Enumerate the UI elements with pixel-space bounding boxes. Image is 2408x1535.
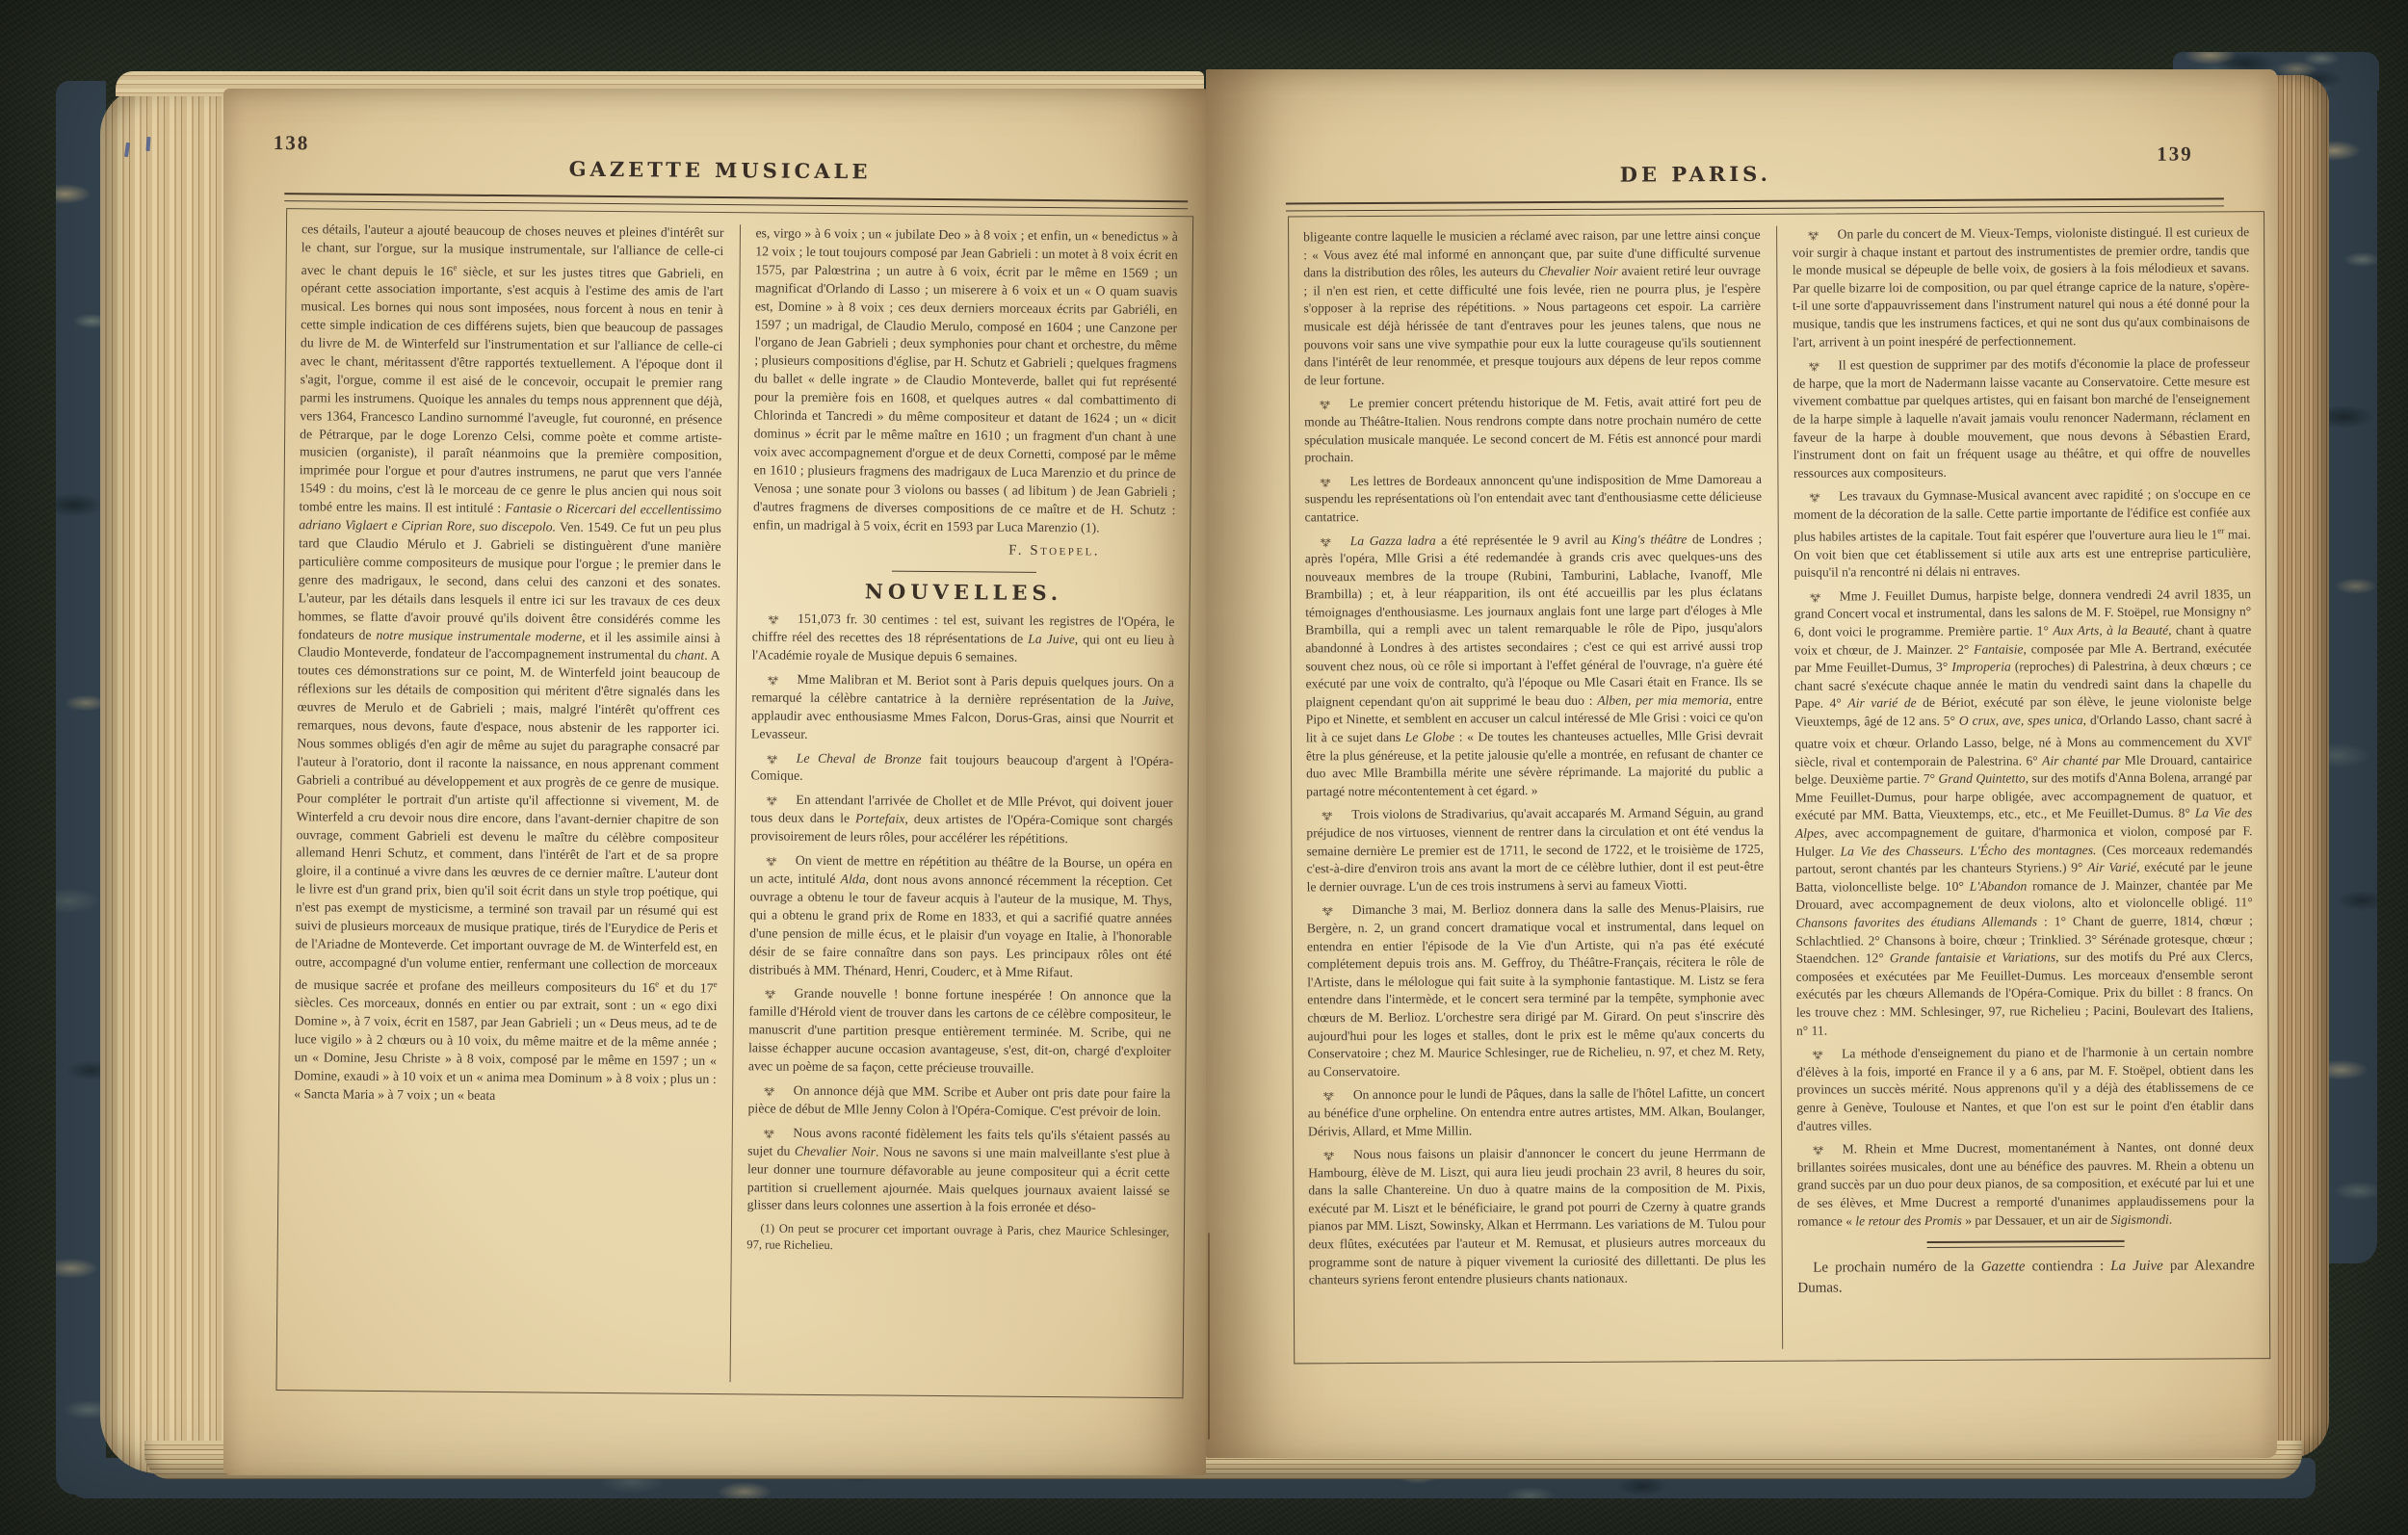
asterism-icon: ⁂	[1322, 810, 1348, 820]
news-item-text: Nous avons raconté fidèlement les faits …	[747, 1126, 1170, 1215]
page-stack-fore-edge-right	[2275, 75, 2329, 1458]
news-item-text: En attendant l'arrivée de Chollet et de …	[750, 793, 1173, 846]
news-item-text: Le premier concert prétendu historique d…	[1304, 394, 1762, 464]
asterism-icon: ⁂	[1321, 535, 1347, 546]
news-item-text: Grande nouvelle ! bonne fortune inespéré…	[748, 986, 1171, 1076]
masthead-double-rule	[284, 193, 1188, 209]
asterism-icon: ⁂	[763, 1127, 789, 1137]
text-frame: ces détails, l'auteur a ajouté beaucoup …	[275, 208, 1193, 1398]
news-item-text: Les travaux du Gymnase-Musical avancent …	[1793, 487, 2251, 580]
asterism-icon: ⁂	[767, 673, 793, 684]
news-item-text: On annonce pour le lundi de Pâques, dans…	[1308, 1085, 1766, 1138]
marbled-cover-left-edge	[56, 81, 106, 1495]
running-head: GAZETTE MUSICALE	[228, 154, 1206, 187]
binding-thread	[1208, 1233, 1210, 1440]
news-item-text: Nous nous faisons un plaisir d'annoncer …	[1308, 1145, 1766, 1288]
asterism-icon: ⁂	[1320, 476, 1346, 486]
news-item-text: On annonce déjà que MM. Scribe et Auber …	[747, 1083, 1170, 1119]
right-page-content: 139 DE PARIS. bligeante contre laquelle …	[1206, 69, 2277, 1458]
news-item: ⁂Mme J. Feuillet Dumus, harpiste belge, …	[1794, 585, 2254, 1040]
news-item-text: Les lettres de Bordeaux annoncent qu'une…	[1305, 472, 1763, 525]
news-item: ⁂Dimanche 3 mai, M. Berlioz donnera dans…	[1307, 899, 1765, 1080]
news-item: ⁂Nous nous faisons un plaisir d'annoncer…	[1308, 1144, 1766, 1289]
news-item: ⁂On vient de mettre en répétition au thé…	[749, 851, 1173, 982]
section-divider-rule	[892, 571, 1036, 573]
news-item: ⁂On annonce déjà que MM. Scribe et Auber…	[747, 1081, 1170, 1122]
next-issue-notice: Le prochain numéro de la Gazette contien…	[1797, 1256, 2255, 1297]
footnote: (1) On peut se procurer cet important ou…	[746, 1221, 1169, 1257]
news-item-text: Le Cheval de Bronze fait toujours beauco…	[750, 750, 1173, 783]
right-page-column-2: ⁂On parle du concert de M. Vieux-Temps, …	[1776, 223, 2256, 1349]
news-item: ⁂Les lettres de Bordeaux annoncent qu'un…	[1304, 471, 1762, 527]
news-item: ⁂On annonce pour le lundi de Pâques, dan…	[1308, 1084, 1766, 1140]
news-item: ⁂Il est question de supprimer par des mo…	[1793, 354, 2250, 482]
asterism-icon: ⁂	[1322, 905, 1348, 916]
article-end-text: es, virgo » à 6 voix ; un « jubilate Deo…	[753, 224, 1178, 537]
asterism-icon: ⁂	[1323, 1089, 1349, 1100]
book-scan-scene: 138 GAZETTE MUSICALE ces détails, l'aute…	[0, 0, 2408, 1535]
right-page: 139 DE PARIS. bligeante contre laquelle …	[1206, 69, 2277, 1458]
asterism-icon: ⁂	[1808, 228, 1834, 239]
page-number: 138	[274, 131, 310, 155]
news-item-text: Dimanche 3 mai, M. Berlioz donnera dans …	[1307, 900, 1765, 1079]
news-item-text: Mme J. Feuillet Dumus, harpiste belge, d…	[1794, 586, 2254, 1037]
asterism-icon: ⁂	[768, 613, 794, 624]
news-item: ⁂Les travaux du Gymnase-Musical avancent…	[1793, 486, 2251, 583]
news-item-text: La méthode d'enseignement du piano et de…	[1796, 1044, 2254, 1132]
news-item-text: 151,073 fr. 30 centimes : tel est, suiva…	[752, 611, 1175, 664]
news-item-text: Mme Malibran et M. Beriot sont à Paris d…	[751, 672, 1174, 741]
news-item: ⁂Le premier concert prétendu historique …	[1304, 393, 1762, 467]
news-item: ⁂Trois violons de Stradivarius, qu'avait…	[1306, 804, 1764, 896]
asterism-icon: ⁂	[1808, 360, 1834, 371]
news-item: ⁂La méthode d'enseignement du piano et d…	[1796, 1043, 2254, 1134]
author-byline: F. Stoepel.	[753, 540, 1176, 562]
asterism-icon: ⁂	[766, 855, 792, 866]
left-page-column-2: es, virgo » à 6 voix ; un « jubilate Deo…	[729, 224, 1178, 1386]
masthead-double-rule	[1286, 197, 2224, 211]
asterism-icon: ⁂	[767, 752, 793, 763]
news-item: ⁂Mme Malibran et M. Beriot sont à Paris …	[751, 670, 1174, 746]
news-item: ⁂On parle du concert de M. Vieux-Temps, …	[1793, 223, 2250, 351]
news-item-text: On parle du concert de M. Vieux-Temps, v…	[1793, 224, 2250, 349]
news-items-list: ⁂On parle du concert de M. Vieux-Temps, …	[1793, 223, 2255, 1231]
page-stack-left-edge	[100, 87, 225, 1473]
asterism-icon: ⁂	[764, 1084, 790, 1095]
asterism-icon: ⁂	[1812, 1049, 1838, 1059]
news-item-text: La Gazza ladra a été représentée le 9 av…	[1305, 531, 1764, 798]
news-continuation-text: bligeante contre laquelle le musicien a …	[1303, 226, 1761, 390]
news-item: ⁂Grande nouvelle ! bonne fortune inespér…	[748, 985, 1171, 1080]
news-item: ⁂En attendant l'arrivée de Chollet et de…	[750, 792, 1173, 850]
text-frame: bligeante contre laquelle le musicien a …	[1288, 211, 2270, 1364]
news-item: ⁂151,073 fr. 30 centimes : tel est, suiv…	[752, 611, 1175, 669]
news-item-text: Trois violons de Stradivarius, qu'avait …	[1306, 805, 1764, 894]
news-item-text: M. Rhein et Mme Ducrest, momentanément à…	[1797, 1139, 2255, 1228]
marbled-cover-right-edge	[2325, 54, 2377, 1263]
news-item-text: Il est question de supprimer par des mot…	[1793, 355, 2250, 480]
news-item-text: On vient de mettre en répétition au théâ…	[749, 853, 1173, 979]
news-item: ⁂Nous avons raconté fidèlement les faits…	[747, 1124, 1170, 1218]
asterism-icon: ⁂	[765, 988, 791, 999]
running-head: DE PARIS.	[1206, 160, 2188, 189]
asterism-icon: ⁂	[1320, 398, 1346, 408]
asterism-icon: ⁂	[766, 794, 792, 805]
news-item: ⁂M. Rhein et Mme Ducrest, momentanément …	[1797, 1138, 2255, 1230]
asterism-icon: ⁂	[1810, 590, 1836, 601]
left-page-column-1: ces détails, l'auteur a ajouté beaucoup …	[292, 221, 724, 1382]
left-page: 138 GAZETTE MUSICALE ces détails, l'aute…	[223, 89, 1206, 1475]
asterism-icon: ⁂	[1813, 1144, 1839, 1155]
article-continuation-text: ces détails, l'auteur a ajouté beaucoup …	[294, 221, 723, 1106]
news-items-list: ⁂Le premier concert prétendu historique …	[1304, 393, 1766, 1289]
closing-divider-rule	[1927, 1240, 2125, 1248]
news-item: ⁂La Gazza ladra a été représentée le 9 a…	[1305, 530, 1764, 800]
asterism-icon: ⁂	[1323, 1149, 1349, 1159]
news-item: ⁂Le Cheval de Bronze fait toujours beauc…	[750, 749, 1173, 790]
right-page-column-1: bligeante contre laquelle le musicien a …	[1303, 226, 1767, 1351]
news-items-list: ⁂151,073 fr. 30 centimes : tel est, suiv…	[747, 611, 1175, 1219]
asterism-icon: ⁂	[1809, 491, 1835, 502]
section-heading-nouvelles: NOUVELLES.	[752, 583, 1175, 605]
left-page-content: 138 GAZETTE MUSICALE ces détails, l'aute…	[223, 89, 1206, 1475]
